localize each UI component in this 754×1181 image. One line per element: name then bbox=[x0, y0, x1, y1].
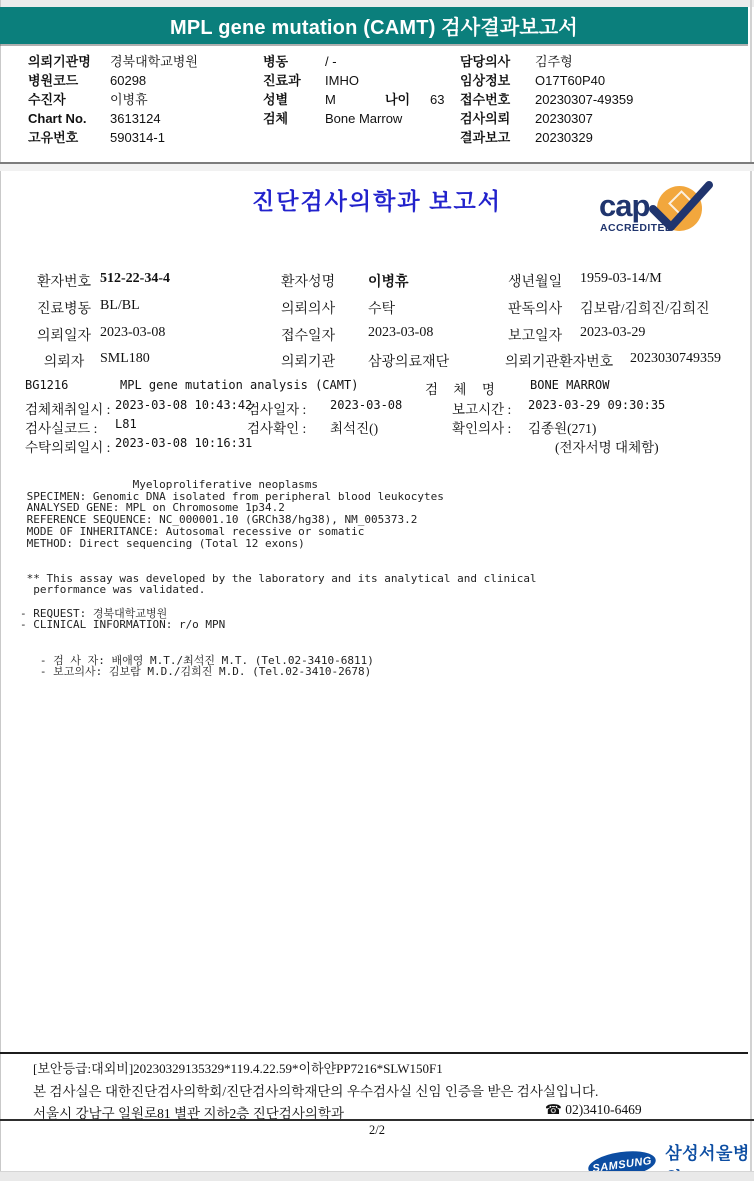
field-label: 의뢰일자 bbox=[26, 325, 102, 345]
patient-name: 이병휴 bbox=[368, 271, 409, 291]
field-value: 3613124 bbox=[110, 109, 161, 128]
field-row: 의뢰기관명 경북대학교병원 bbox=[28, 52, 198, 71]
field-label: 검체 bbox=[263, 109, 325, 128]
field-value: 60298 bbox=[110, 71, 146, 90]
test-code: BG1216 bbox=[25, 378, 68, 392]
field-value: BL/BL bbox=[100, 298, 140, 314]
order-header-left-column: 의뢰기관명 경북대학교병원 병원코드 60298 수진자 이병휴 Chart N… bbox=[28, 52, 198, 147]
field-value: M bbox=[325, 90, 385, 109]
result-body-text: Myeloproliferative neoplasms SPECIMEN: G… bbox=[20, 479, 537, 678]
field-label: 검사일자 : bbox=[247, 398, 306, 418]
field-value: 20230307-49359 bbox=[535, 90, 633, 109]
field-value: 이병휴 bbox=[110, 90, 148, 109]
field-value: 수탁 bbox=[368, 298, 395, 318]
field-label: 임상정보 bbox=[460, 71, 535, 90]
right-page-border bbox=[750, 0, 752, 1181]
field-label: 병동 bbox=[263, 52, 325, 71]
cap-accredited-logo: cap ACCREDITED™ bbox=[599, 186, 714, 238]
field-row: 임상정보 O17T60P40 bbox=[460, 71, 633, 90]
section-divider-shade bbox=[0, 164, 754, 171]
field-label: 성별 bbox=[263, 90, 325, 109]
field-label: 확인의사 : bbox=[452, 417, 511, 437]
field-label: 의뢰자 bbox=[26, 351, 102, 371]
field-label: 보고일자 bbox=[508, 325, 562, 345]
field-value: 20230329 bbox=[535, 128, 593, 147]
field-value: / - bbox=[325, 52, 337, 71]
field-label: 접수번호 bbox=[460, 90, 535, 109]
report-title-bar: MPL gene mutation (CAMT) 검사결과보고서 bbox=[0, 7, 748, 44]
field-label: 검사실코드 : bbox=[25, 417, 97, 437]
field-value: 20230307 bbox=[535, 109, 593, 128]
field-label: 보고시간 : bbox=[452, 398, 511, 418]
field-label: 의뢰기관환자번호 bbox=[505, 351, 613, 371]
field-label: 고유번호 bbox=[28, 128, 110, 147]
field-label: 나이 bbox=[385, 90, 430, 109]
field-value: 2023-03-08 10:43:42 bbox=[115, 398, 252, 412]
cap-accredited-label: ACCREDITED™ bbox=[600, 222, 679, 234]
phone-number: ☎ 02)3410-6469 bbox=[545, 1102, 642, 1118]
security-line: [보안등급:대외비]20230329135329*119.4.22.59*이하얀… bbox=[33, 1058, 443, 1077]
field-label: Chart No. bbox=[28, 109, 110, 128]
field-value: 2023-03-08 bbox=[368, 325, 433, 341]
field-value: 2023-03-08 bbox=[330, 398, 402, 412]
field-label: 의뢰의사 bbox=[281, 298, 335, 318]
field-label: 검사의뢰 bbox=[460, 109, 535, 128]
field-label: 환자번호 bbox=[26, 271, 102, 291]
field-label: 수탁의뢰일시 : bbox=[25, 436, 110, 456]
test-name: MPL gene mutation analysis (CAMT) bbox=[120, 378, 358, 392]
report-title: MPL gene mutation (CAMT) 검사결과보고서 bbox=[170, 11, 578, 40]
order-header-right-column: 담당의사 김주형 임상정보 O17T60P40 접수번호 20230307-49… bbox=[460, 52, 633, 147]
field-row: 성별 M 나이 63 bbox=[263, 90, 444, 109]
order-header-middle-column: 병동 / - 진료과 IMHO 성별 M 나이 63 검체 Bone Marro… bbox=[263, 52, 444, 128]
field-value: 삼광의료재단 bbox=[368, 351, 449, 371]
electronic-signature-note: (전자서명 대체함) bbox=[555, 436, 659, 456]
field-row: Chart No. 3613124 bbox=[28, 109, 198, 128]
specimen-label: 검 체 명 bbox=[425, 378, 501, 398]
field-row: 담당의사 김주형 bbox=[460, 52, 633, 71]
field-value: 2023-03-29 09:30:35 bbox=[528, 398, 665, 412]
patient-number: 512-22-34-4 bbox=[100, 271, 170, 287]
field-label: 병원코드 bbox=[28, 71, 110, 90]
specimen-value: BONE MARROW bbox=[530, 378, 609, 392]
field-row: 검체 Bone Marrow bbox=[263, 109, 444, 128]
lab-report-page: MPL gene mutation (CAMT) 검사결과보고서 의뢰기관명 경… bbox=[0, 0, 754, 1181]
page-number: 2/2 bbox=[0, 1123, 754, 1138]
field-value: 경북대학교병원 bbox=[110, 52, 198, 71]
field-row: 병원코드 60298 bbox=[28, 71, 198, 90]
footer-divider-top bbox=[0, 1052, 748, 1054]
field-label: 수진자 bbox=[28, 90, 110, 109]
field-row: 병동 / - bbox=[263, 52, 444, 71]
field-label: 접수일자 bbox=[281, 325, 335, 345]
field-label: 의뢰기관명 bbox=[28, 52, 110, 71]
field-value: Bone Marrow bbox=[325, 109, 402, 128]
field-row: 결과보고 20230329 bbox=[460, 128, 633, 147]
field-row: 진료과 IMHO bbox=[263, 71, 444, 90]
field-label: 담당의사 bbox=[460, 52, 535, 71]
field-value: 1959-03-14/M bbox=[580, 271, 662, 287]
field-label: 의뢰기관 bbox=[281, 351, 335, 371]
field-value: 김보람/김희진/김희진 bbox=[580, 298, 710, 318]
field-value: SML180 bbox=[100, 351, 150, 367]
footer-divider-bottom bbox=[0, 1119, 754, 1121]
field-value: O17T60P40 bbox=[535, 71, 605, 90]
accreditation-line: 본 검사실은 대한진단검사의학회/진단검사의학재단의 우수검사실 신임 인증을 … bbox=[33, 1080, 598, 1100]
field-label: 판독의사 bbox=[508, 298, 562, 318]
cap-wordmark: cap bbox=[599, 188, 649, 224]
field-label: 환자성명 bbox=[281, 271, 335, 291]
field-value: 2023-03-08 bbox=[100, 325, 165, 341]
field-label: 진료병동 bbox=[26, 298, 102, 318]
bottom-gray-strip bbox=[0, 1171, 754, 1181]
field-value: 2023030749359 bbox=[630, 351, 725, 366]
cap-trademark: ™ bbox=[673, 223, 679, 229]
field-value: 63 bbox=[430, 90, 444, 109]
field-label: 검체채취일시 : bbox=[25, 398, 110, 418]
field-value: 2023-03-29 bbox=[580, 325, 645, 341]
field-row: 수진자 이병휴 bbox=[28, 90, 198, 109]
field-value: L81 bbox=[115, 417, 137, 431]
field-value: 최석진() bbox=[330, 417, 378, 437]
field-label: 결과보고 bbox=[460, 128, 535, 147]
left-page-border bbox=[0, 0, 1, 1181]
field-value: 2023-03-08 10:16:31 bbox=[115, 436, 252, 450]
field-label: 생년월일 bbox=[508, 271, 562, 291]
field-row: 접수번호 20230307-49359 bbox=[460, 90, 633, 109]
field-value: 590314-1 bbox=[110, 128, 165, 147]
field-label: 진료과 bbox=[263, 71, 325, 90]
cap-accredited-text: ACCREDITED bbox=[600, 222, 673, 234]
field-label: 검사확인 : bbox=[247, 417, 306, 437]
field-row: 고유번호 590314-1 bbox=[28, 128, 198, 147]
field-row: 검사의뢰 20230307 bbox=[460, 109, 633, 128]
field-value: IMHO bbox=[325, 71, 359, 90]
field-value: 김종원(271) bbox=[528, 417, 596, 437]
field-value: 김주형 bbox=[535, 52, 573, 71]
